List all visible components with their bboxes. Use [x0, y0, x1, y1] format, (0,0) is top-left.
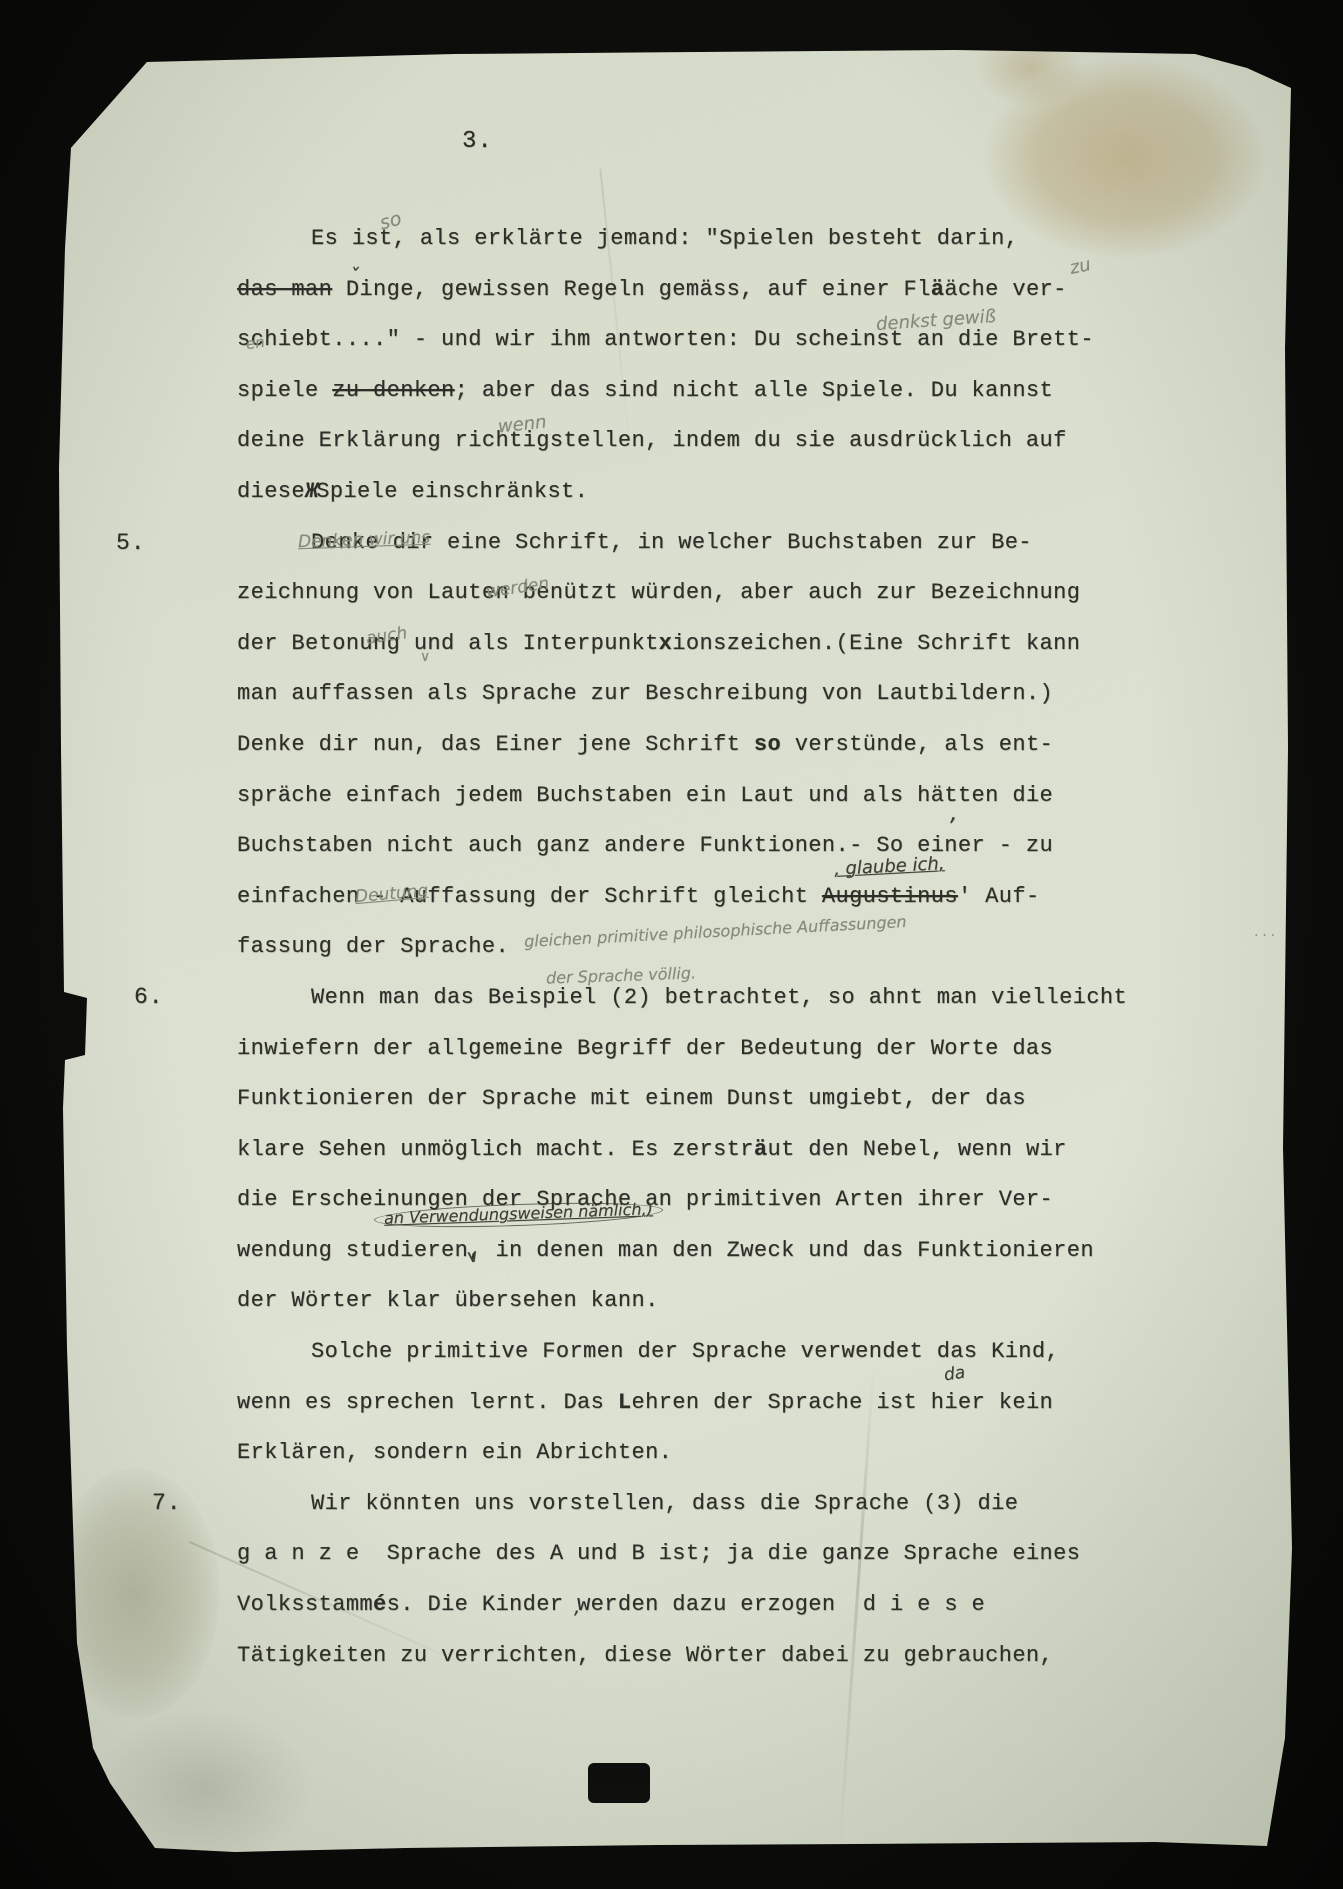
typed-line: inwiefern der allgemeine Begriff der Bed…	[237, 1036, 1247, 1087]
page-number: 3.	[462, 128, 493, 155]
typed-text: diese	[237, 479, 305, 504]
typed-text: einfachen - Auffassung der Schrift gleic…	[237, 884, 822, 909]
typed-line: g a n z e Sprache des A und B ist; ja di…	[237, 1541, 1247, 1592]
typed-line: schiebt...." - und wir ihm antworten: Du…	[237, 327, 1247, 378]
typed-text: inwiefern der allgemeine Begriff der Bed…	[237, 1036, 1053, 1061]
typed-text: L	[618, 1390, 632, 1415]
typed-text: spiele	[237, 378, 332, 403]
typed-text: wendung studieren, in denen man den Zwec…	[237, 1238, 1094, 1263]
handwritten-annotation: zu	[1068, 256, 1092, 278]
typed-text: Denke dir nun, das Einer jene Schrift	[237, 732, 754, 757]
margin-number: 6.	[134, 984, 164, 1010]
typed-text: zeichnung von Lauten benützt würden, abe…	[237, 580, 1080, 605]
typed-text: Spiele einschränkst.	[316, 479, 588, 504]
typed-text: Solche primitive Formen der Sprache verw…	[311, 1339, 1059, 1364]
typed-text: ehren der Sprache ist hier kein	[631, 1390, 1053, 1415]
margin-number: 7.	[152, 1490, 182, 1516]
typed-line: man auffassen als Sprache zur Beschreibu…	[237, 681, 1247, 732]
typed-text: ut den Nebel, wenn wir	[768, 1137, 1067, 1162]
typed-text: Funktionieren der Sprache mit einem Duns…	[237, 1086, 1026, 1111]
typed-line: Wenn man das Beispiel (2) betrachtet, so…	[237, 985, 1247, 1036]
typed-text: der Betonung und als Interpunkt	[237, 631, 659, 656]
struck-text: das man	[237, 277, 332, 302]
typed-text: so	[754, 732, 781, 757]
typed-text: der Wörter klar übersehen kann.	[237, 1288, 659, 1313]
typed-line: spräche einfach jedem Buchstaben ein Lau…	[237, 783, 1247, 834]
typed-line: Wir könnten uns vorstellen, dass die Spr…	[237, 1491, 1247, 1542]
handwritten-annotation: so	[378, 210, 404, 234]
handwritten-annotation: da	[943, 1365, 966, 1385]
handwritten-annotation: · · ·	[1254, 930, 1275, 943]
typed-text: ä	[754, 1137, 768, 1162]
typed-line: wendung studieren, in denen man den Zwec…	[237, 1238, 1247, 1289]
typed-text: é	[373, 1592, 387, 1617]
typed-text: x	[659, 631, 673, 656]
typed-text: fassung der Sprache.	[237, 934, 509, 959]
typed-line: Erklären, sondern ein Abrichten.	[237, 1440, 1247, 1491]
typed-text: deine Erklärung richtigstellen, indem du…	[237, 428, 1067, 453]
typed-text: g a n z e Sprache des A und B ist; ja di…	[237, 1541, 1080, 1566]
handwritten-annotation: ,	[950, 800, 958, 824]
typed-line: Buchstaben nicht auch ganz andere Funkti…	[237, 833, 1247, 884]
typed-text: ionszeichen.(Eine Schrift kann	[672, 631, 1080, 656]
margin-number: 5.	[116, 530, 146, 556]
typed-text: Wir könnten uns vorstellen, dass die Spr…	[311, 1491, 1018, 1516]
handwritten-annotation: wenn	[497, 414, 547, 437]
typed-text: spräche einfach jedem Buchstaben ein Lau…	[237, 783, 1053, 808]
typed-text: Tätigkeiten zu verrichten, diese Wörter …	[237, 1643, 1053, 1668]
typed-line: wenn es sprechen lernt. Das Lehren der S…	[237, 1390, 1247, 1441]
typed-text: verstünde, als ent-	[781, 732, 1053, 757]
handwritten-annotation: ˇ	[349, 266, 359, 286]
typed-text: ä	[931, 277, 945, 302]
typed-text: Dinge, gewissen Regeln gemäss, auf einer…	[332, 277, 931, 302]
typed-line: spiele zu denken; aber das sind nicht al…	[237, 378, 1247, 429]
typed-text: Erklären, sondern ein Abrichten.	[237, 1440, 672, 1465]
typed-line: deine Erklärung richtigstellen, indem du…	[237, 428, 1247, 479]
handwritten-annotation: ∨	[465, 1247, 481, 1267]
typed-text: schiebt...." - und wir ihm antworten: Du…	[237, 327, 1094, 352]
handwritten-annotation: Denken wir uns	[298, 530, 431, 552]
typed-text: Wenn man das Beispiel (2) betrachtet, so…	[311, 985, 1127, 1010]
handwritten-annotation: ,	[574, 1596, 580, 1616]
typed-line: Tätigkeiten zu verrichten, diese Wörter …	[237, 1643, 1247, 1694]
typed-text: ; aber das sind nicht alle Spiele. Du ka…	[455, 378, 1054, 403]
typed-text: s. Die Kinder werden dazu erzogen d i e …	[387, 1592, 986, 1617]
typed-line: das man Dinge, gewissen Regeln gemäss, a…	[237, 277, 1247, 328]
typed-text: äche ver-	[944, 277, 1066, 302]
typed-lines: Es ist, als erklärte jemand: "Spielen be…	[237, 226, 1247, 1693]
handwritten-annotation: en	[245, 335, 266, 352]
struck-text: zu denken	[332, 378, 454, 403]
typed-text: Volksstamm	[237, 1592, 373, 1617]
typed-text: klare Sehen unmöglich macht. Es zerstr	[237, 1137, 754, 1162]
typed-line: zeichnung von Lauten benützt würden, abe…	[237, 580, 1247, 631]
document-scan: 3. Es ist, als erklärte jemand: "Spielen…	[0, 0, 1343, 1889]
typed-text: Es ist, als erklärte jemand: "Spielen be…	[311, 226, 1018, 251]
typed-text: ' Auf-	[958, 884, 1040, 909]
typed-text: man auffassen als Sprache zur Beschreibu…	[237, 681, 1053, 706]
typed-line: Es ist, als erklärte jemand: "Spielen be…	[237, 226, 1247, 277]
typed-text: wenn es sprechen lernt. Das	[237, 1390, 618, 1415]
typed-line: Funktionieren der Sprache mit einem Duns…	[237, 1086, 1247, 1137]
handwritten-annotation: ∨	[420, 650, 430, 664]
typed-line: Volksstammés. Die Kinder werden dazu erz…	[237, 1592, 1247, 1643]
typed-line: dieseЖSpiele einschränkst.	[237, 479, 1247, 530]
struck-text: Augustinus	[822, 884, 958, 909]
typed-line: Solche primitive Formen der Sprache verw…	[237, 1339, 1247, 1390]
typed-line: klare Sehen unmöglich macht. Es zersträu…	[237, 1137, 1247, 1188]
typed-line: fassung der Sprache.	[237, 934, 1247, 985]
typed-line: der Wörter klar übersehen kann.	[237, 1288, 1247, 1339]
typed-line: Denke dir nun, das Einer jene Schrift so…	[237, 732, 1247, 783]
